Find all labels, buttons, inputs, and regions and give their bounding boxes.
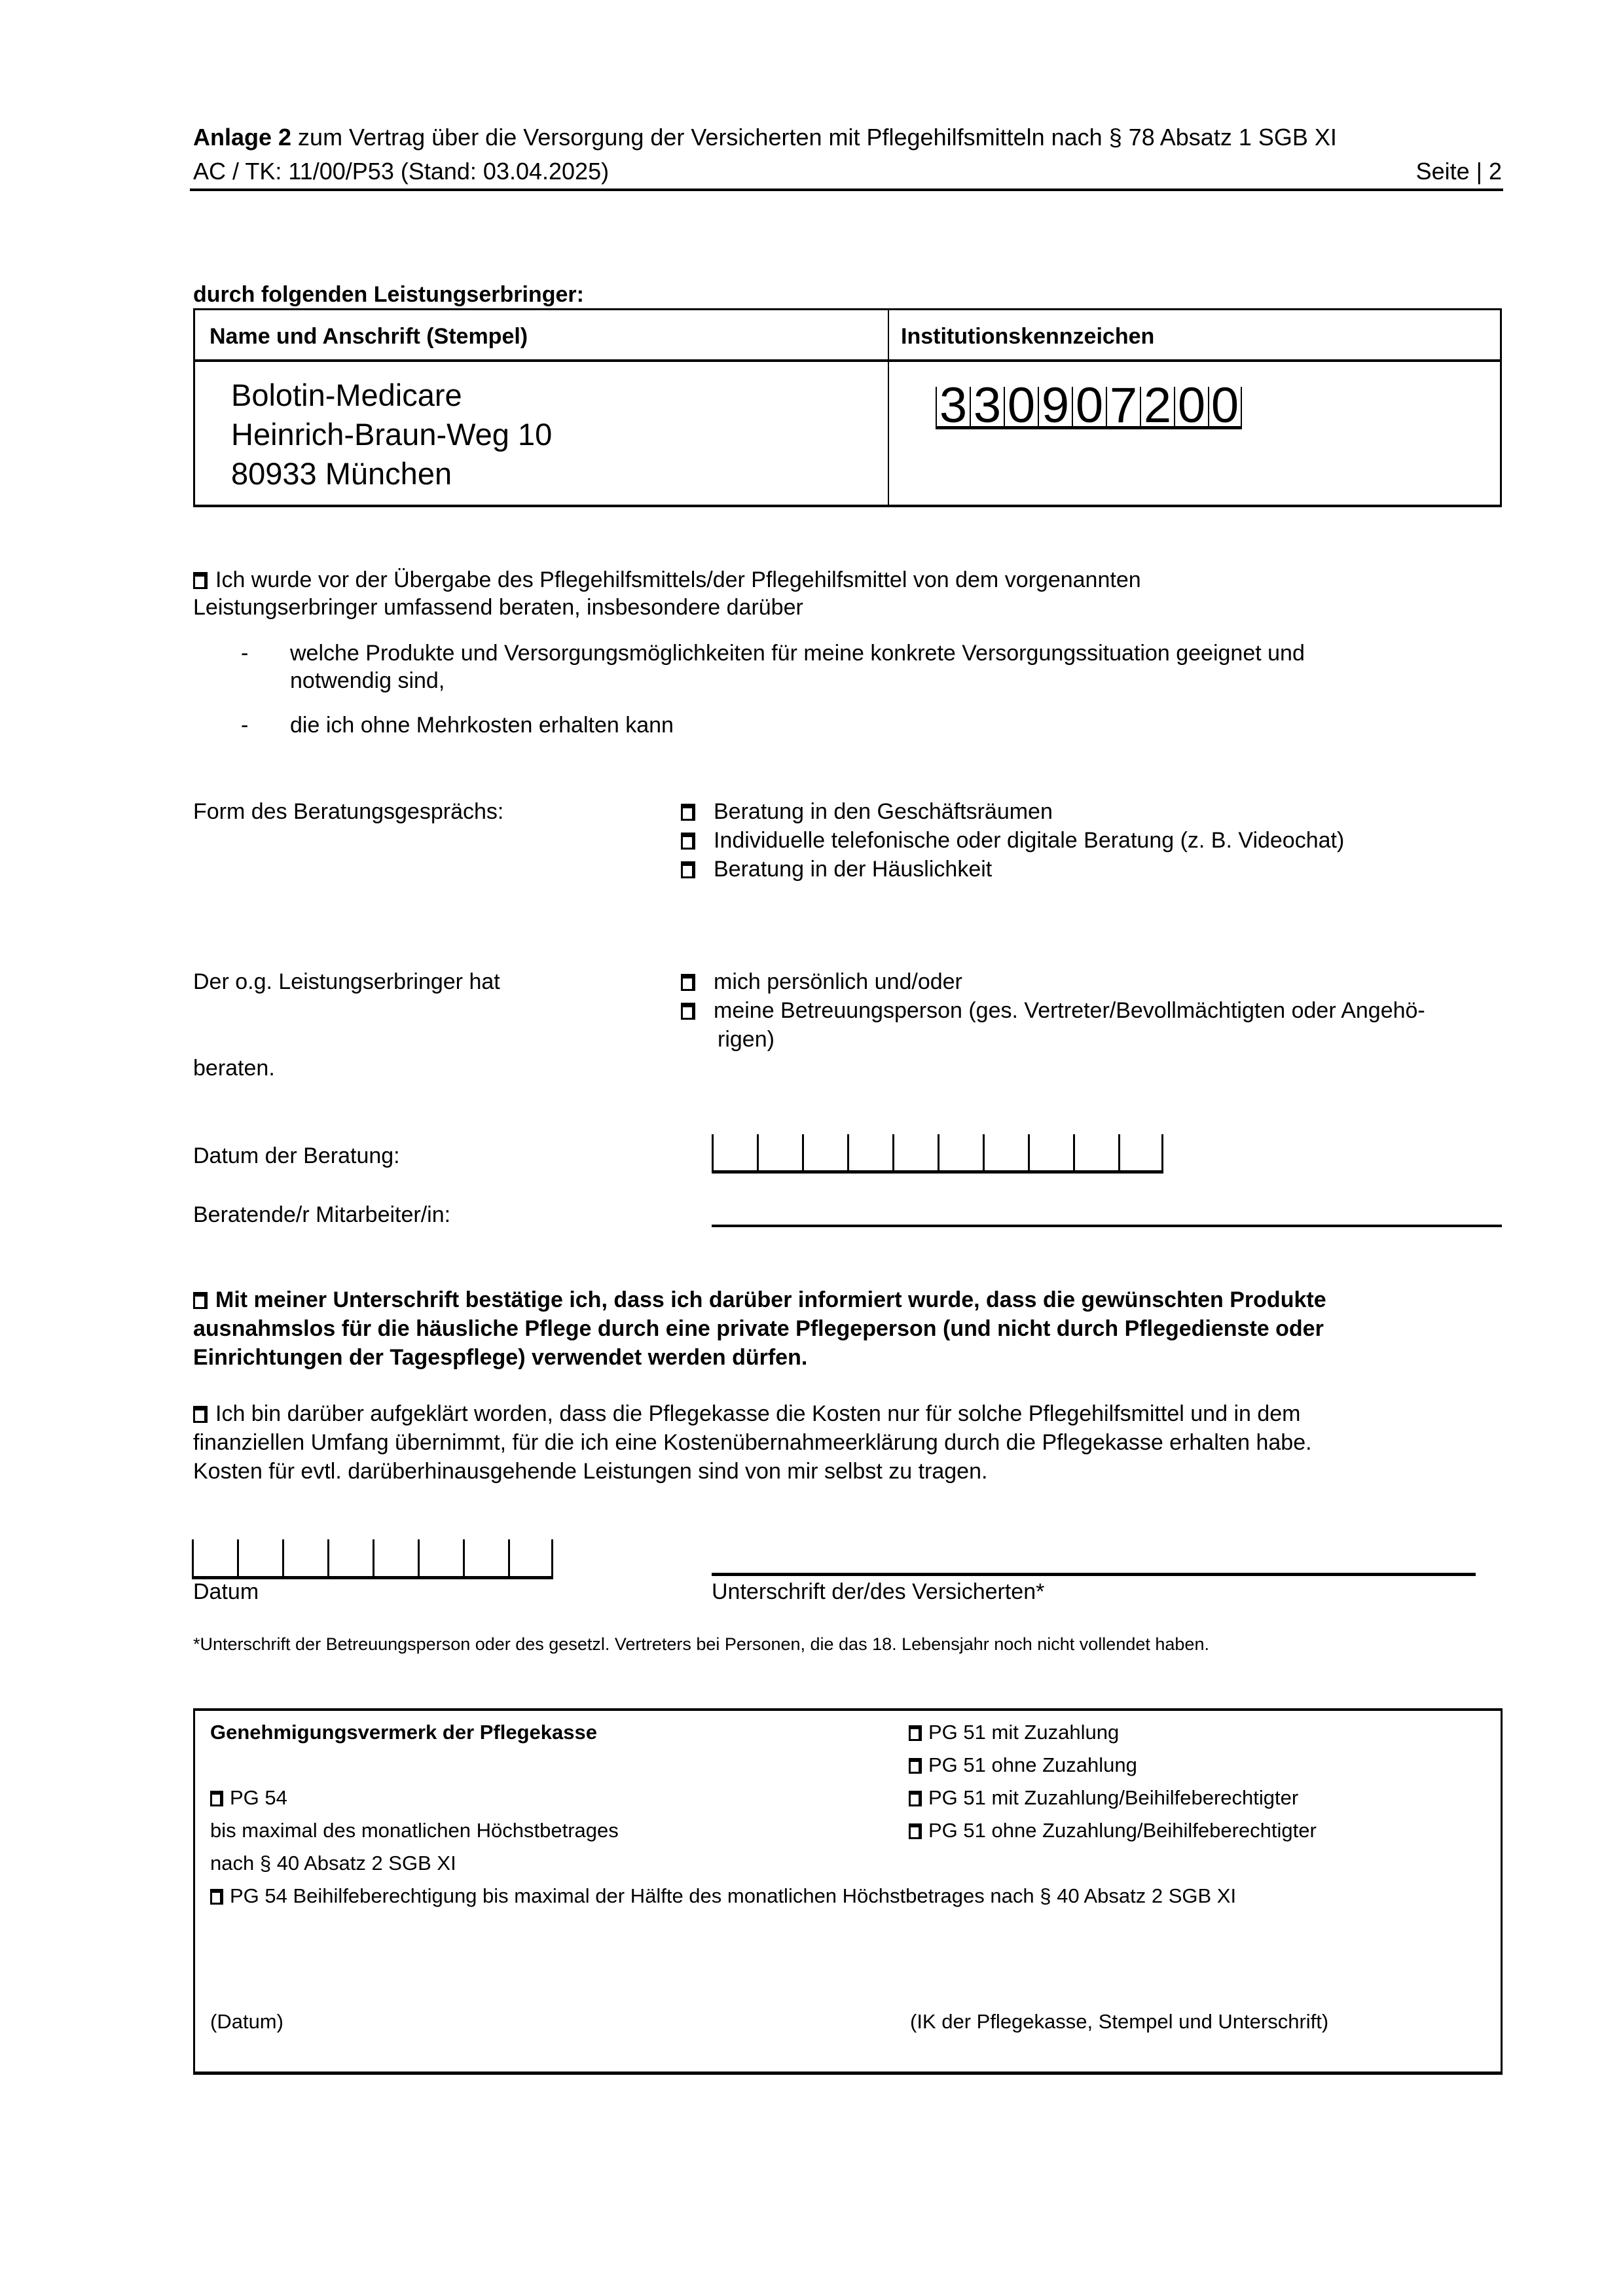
checkbox[interactable]	[681, 804, 695, 821]
bullet-marker: -	[241, 639, 248, 668]
signature-label: Unterschrift der/des Versicherten*	[712, 1577, 1044, 1606]
cost-notice-cont: Kosten für evtl. darüberhinausgehende Le…	[193, 1457, 987, 1486]
date-cell[interactable]	[712, 1134, 757, 1170]
consultation-statement-cont: Leistungserbringer umfassend beraten, in…	[193, 593, 803, 622]
consult-date-input[interactable]	[712, 1134, 1163, 1174]
ik-digit: 0	[1004, 387, 1038, 426]
pg51-option-3[interactable]: PG 51 mit Zuzahlung/Beihilfeberechtigter	[909, 1782, 1298, 1814]
consultant-label: Beratende/r Mitarbeiter/in:	[193, 1200, 450, 1229]
checkbox[interactable]	[681, 1003, 695, 1020]
provider-table: Name und Anschrift (Stempel) Institution…	[193, 308, 1502, 507]
consultation-statement: Ich wurde vor der Übergabe des Pflegehil…	[193, 565, 1141, 594]
consultant-input-line[interactable]	[712, 1225, 1502, 1227]
advised-option-caregiver[interactable]: meine Betreuungsperson (ges. Vertreter/B…	[681, 996, 1425, 1025]
pg51-option-4[interactable]: PG 51 ohne Zuzahlung/Beihilfeberechtigte…	[909, 1814, 1317, 1847]
table-header-divider	[195, 359, 1500, 362]
advised-suffix: beraten.	[193, 1054, 275, 1083]
title-bold: Anlage 2	[193, 124, 291, 151]
checkbox[interactable]	[909, 1758, 922, 1774]
pg54-desc: bis maximal des monatlichen Höchstbetrag…	[210, 1814, 619, 1847]
ik-digit: 0	[1072, 387, 1106, 426]
ik-digit: 3	[970, 387, 1004, 426]
checkbox[interactable]	[681, 833, 695, 850]
form-option-home[interactable]: Beratung in der Häuslichkeit	[681, 855, 992, 884]
checkbox[interactable]	[909, 1725, 922, 1741]
confirm-statement-cont: Einrichtungen der Tagespflege) verwendet…	[193, 1343, 807, 1372]
provider-city: 80933 München	[231, 454, 552, 493]
signature-line[interactable]	[712, 1573, 1476, 1576]
bullet-item-1-cont: notwendig sind,	[290, 666, 445, 695]
provider-name: Bolotin-Medicare	[231, 376, 552, 415]
pg54-desc-cont: nach § 40 Absatz 2 SGB XI	[210, 1847, 456, 1880]
footnote: *Unterschrift der Betreuungsperson oder …	[193, 1632, 1209, 1656]
date-cell[interactable]	[418, 1539, 463, 1576]
signature-date-label: Datum	[193, 1577, 259, 1606]
ik-digit: 0	[1208, 387, 1242, 426]
ik-number: 330907200	[936, 387, 1242, 429]
date-cell[interactable]	[1073, 1134, 1118, 1170]
cost-checkbox[interactable]	[193, 1406, 208, 1423]
checkbox[interactable]	[909, 1791, 922, 1806]
pg51-option-1[interactable]: PG 51 mit Zuzahlung	[909, 1716, 1119, 1749]
date-cell[interactable]	[757, 1134, 802, 1170]
form-option-business[interactable]: Beratung in den Geschäftsräumen	[681, 797, 1053, 826]
advised-option-caregiver-cont: rigen)	[718, 1025, 775, 1054]
checkbox[interactable]	[210, 1791, 223, 1806]
bullet-marker: -	[241, 711, 248, 740]
confirm-statement-cont: ausnahmslos für die häusliche Pflege dur…	[193, 1314, 1324, 1343]
confirm-checkbox[interactable]	[193, 1292, 208, 1309]
header-rule	[190, 188, 1503, 191]
date-cell[interactable]	[892, 1134, 938, 1170]
ik-digit: 3	[936, 387, 970, 426]
signature-date-input[interactable]	[192, 1539, 553, 1579]
approval-stamp-label: (IK der Pflegekasse, Stempel und Untersc…	[910, 2005, 1328, 2038]
provider-address: Bolotin-Medicare Heinrich-Braun-Weg 10 8…	[231, 376, 552, 493]
form-option-remote[interactable]: Individuelle telefonische oder digitale …	[681, 826, 1344, 855]
bullet-item-1: welche Produkte und Versorgungsmöglichke…	[290, 639, 1305, 668]
form-label: Form des Beratungsgesprächs:	[193, 797, 503, 826]
consultation-checkbox[interactable]	[193, 572, 208, 589]
ik-digit: 7	[1106, 387, 1140, 426]
date-cell[interactable]	[327, 1539, 373, 1576]
date-cell[interactable]	[463, 1539, 508, 1576]
col-name-header: Name und Anschrift (Stempel)	[210, 322, 528, 351]
ik-digit: 0	[1174, 387, 1208, 426]
provider-heading: durch folgenden Leistungserbringer:	[193, 280, 584, 309]
date-cell[interactable]	[373, 1539, 418, 1576]
confirm-statement: Mit meiner Unterschrift bestätige ich, d…	[193, 1285, 1326, 1314]
date-cell[interactable]	[508, 1539, 553, 1576]
consult-date-label: Datum der Beratung:	[193, 1141, 400, 1170]
date-cell[interactable]	[237, 1539, 282, 1576]
date-cell[interactable]	[847, 1134, 892, 1170]
ik-digit: 2	[1140, 387, 1174, 426]
date-cell[interactable]	[1028, 1134, 1073, 1170]
col-ik-header: Institutionskennzeichen	[901, 322, 1154, 351]
pg51-option-2[interactable]: PG 51 ohne Zuzahlung	[909, 1749, 1137, 1782]
document-title: Anlage 2 zum Vertrag über die Versorgung…	[193, 123, 1337, 152]
date-cell[interactable]	[802, 1134, 847, 1170]
date-cell[interactable]	[282, 1539, 327, 1576]
date-cell[interactable]	[192, 1539, 237, 1576]
approval-box: Genehmigungsvermerk der Pflegekasse PG 5…	[193, 1708, 1503, 2075]
cost-notice: Ich bin darüber aufgeklärt worden, dass …	[193, 1399, 1301, 1428]
approval-title: Genehmigungsvermerk der Pflegekasse	[210, 1716, 597, 1749]
checkbox[interactable]	[909, 1823, 922, 1839]
checkbox[interactable]	[681, 974, 695, 991]
date-cell[interactable]	[938, 1134, 983, 1170]
ik-digit: 9	[1038, 387, 1072, 426]
page-number: Seite | 2	[1416, 157, 1502, 186]
pg54-beihilfe-option[interactable]: PG 54 Beihilfeberechtigung bis maximal d…	[210, 1880, 1236, 1912]
checkbox[interactable]	[681, 861, 695, 878]
table-column-divider	[888, 310, 889, 505]
bullet-item-2: die ich ohne Mehrkosten erhalten kann	[290, 711, 674, 740]
provider-street: Heinrich-Braun-Weg 10	[231, 415, 552, 454]
title-rest: zum Vertrag über die Versorgung der Vers…	[291, 124, 1337, 151]
pg54-option[interactable]: PG 54	[210, 1782, 287, 1814]
approval-date-label: (Datum)	[210, 2005, 283, 2038]
advised-label: Der o.g. Leistungserbringer hat	[193, 967, 500, 996]
date-cell[interactable]	[983, 1134, 1028, 1170]
reference-line: AC / TK: 11/00/P53 (Stand: 03.04.2025)	[193, 157, 609, 186]
cost-notice-cont: finanziellen Umfang übernimmt, für die i…	[193, 1428, 1312, 1457]
date-cell[interactable]	[1118, 1134, 1163, 1170]
checkbox[interactable]	[210, 1889, 223, 1905]
advised-option-self[interactable]: mich persönlich und/oder	[681, 967, 962, 996]
